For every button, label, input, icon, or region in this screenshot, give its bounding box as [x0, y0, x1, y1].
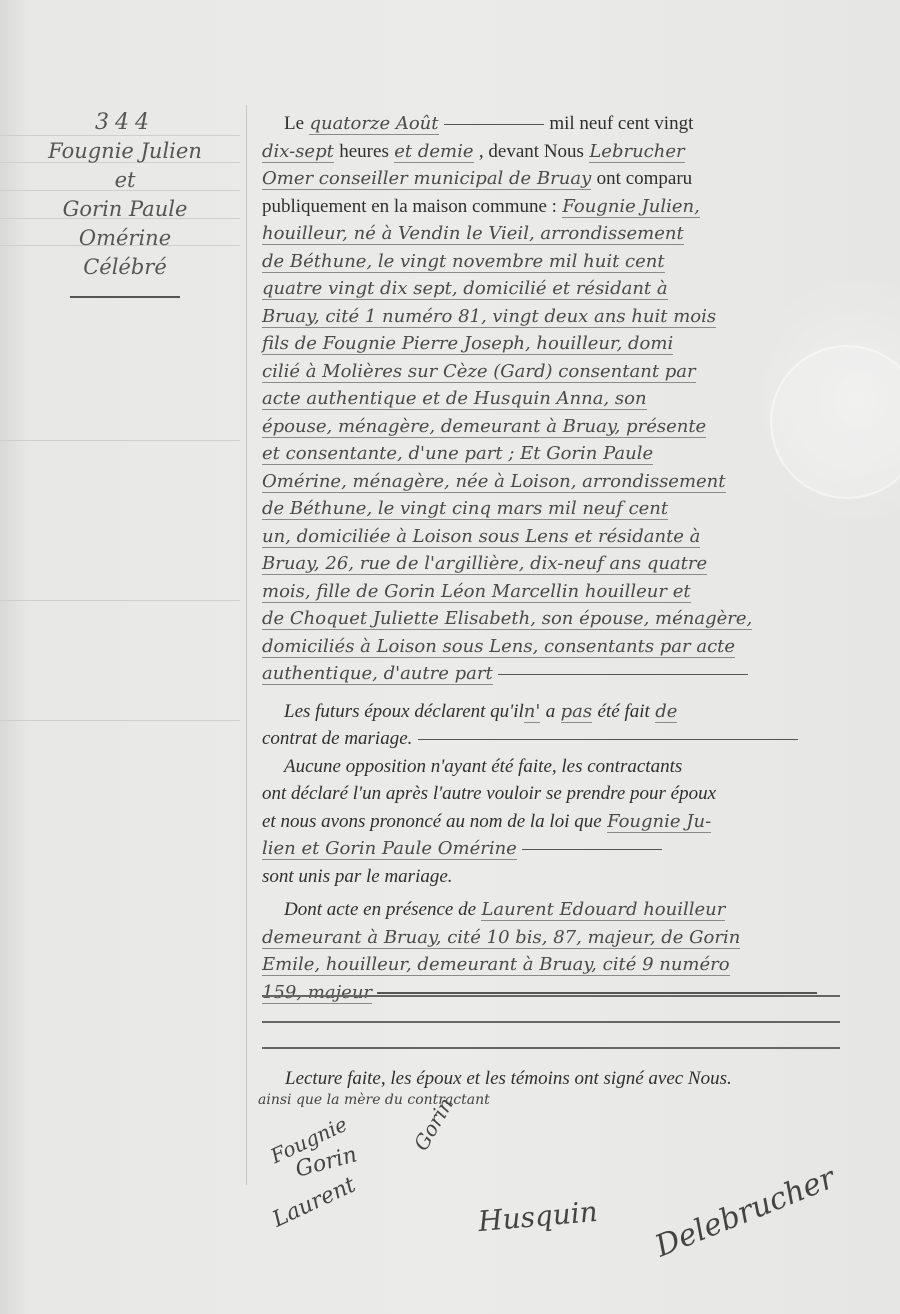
- fill-line: [522, 849, 662, 851]
- text-line: 159, majeur: [262, 979, 842, 1007]
- margin-underline: [70, 296, 180, 298]
- text-line: et consentante, d'une part ; Et Gorin Pa…: [262, 440, 842, 468]
- groom-name: Fougnie Julien: [0, 137, 250, 166]
- margin-annotation: 344 Fougnie Julien et Gorin Paule Omérin…: [0, 108, 250, 298]
- bride-name-cont: Omérine: [0, 224, 250, 253]
- margin-ruled-line: [0, 600, 240, 601]
- blank-fill-line: [262, 995, 840, 997]
- text-line: épouse, ménagère, demeurant à Bruay, pré…: [262, 413, 842, 441]
- text-line: de Béthune, le vingt cinq mars mil neuf …: [262, 495, 842, 523]
- text-line: Bruay, 26, rue de l'argillière, dix-neuf…: [262, 550, 842, 578]
- text-line: de Choquet Juliette Elisabeth, son épous…: [262, 605, 842, 633]
- fill-line: [498, 674, 748, 676]
- text-line: contrat de mariage.: [262, 725, 842, 753]
- text-line: quatre vingt dix sept, domicilié et rési…: [262, 275, 842, 303]
- text-line: authentique, d'autre part: [262, 660, 842, 688]
- fill-line: [418, 739, 798, 741]
- conjunction: et: [0, 166, 250, 195]
- text-line: Omérine, ménagère, née à Loison, arrondi…: [262, 468, 842, 496]
- text-line: dix-sept heures et demie , devant Nous L…: [262, 138, 842, 166]
- margin-ruled-line: [0, 440, 240, 441]
- text-line: Dont acte en présence de Laurent Edouard…: [262, 896, 842, 924]
- text-line: ont déclaré l'un après l'autre vouloir s…: [262, 780, 842, 808]
- text-line: domiciliés à Loison sous Lens, consentan…: [262, 633, 842, 661]
- blank-fill-line: [262, 1047, 840, 1049]
- text-line: mois, fille de Gorin Léon Marcellin houi…: [262, 578, 842, 606]
- text-line: publiquement en la maison commune : Foug…: [262, 193, 842, 221]
- text-line: Aucune opposition n'ayant été faite, les…: [262, 753, 842, 781]
- text-line: sont unis par le mariage.: [262, 863, 842, 891]
- text-line: Bruay, cité 1 numéro 81, vingt deux ans …: [262, 303, 842, 331]
- text-line: Emile, houilleur, demeurant à Bruay, cit…: [262, 951, 842, 979]
- text-line: de Béthune, le vingt novembre mil huit c…: [262, 248, 842, 276]
- text-line: houilleur, né à Vendin le Vieil, arrondi…: [262, 220, 842, 248]
- text-line: lien et Gorin Paule Omérine: [262, 835, 842, 863]
- text-line: cilié à Molières sur Cèze (Gard) consent…: [262, 358, 842, 386]
- text-line: et nous avons prononcé au nom de la loi …: [262, 808, 842, 836]
- text-line: Omer conseiller municipal de Bruay ont c…: [262, 165, 842, 193]
- blank-fill-line: [262, 1021, 840, 1023]
- act-body: Le quatorze Août mil neuf cent vingt dix…: [262, 110, 842, 1006]
- text-line: fils de Fougnie Pierre Joseph, houilleur…: [262, 330, 842, 358]
- closing-statement: Lecture faite, les époux et les témoins …: [285, 1068, 732, 1090]
- text-line: acte authentique et de Husquin Anna, son: [262, 385, 842, 413]
- fill-line: [444, 124, 544, 126]
- status-celebre: Célébré: [0, 253, 250, 282]
- text-line: demeurant à Bruay, cité 10 bis, 87, maje…: [262, 924, 842, 952]
- bride-name: Gorin Paule: [0, 195, 250, 224]
- text-line: Le quatorze Août mil neuf cent vingt: [262, 110, 842, 138]
- entry-number: 344: [0, 108, 250, 137]
- fill-line: [377, 992, 817, 994]
- text-line: Les futurs époux déclarent qu'iln' a pas…: [262, 698, 842, 726]
- margin-ruled-line: [0, 720, 240, 721]
- text-line: un, domiciliée à Loison sous Lens et rés…: [262, 523, 842, 551]
